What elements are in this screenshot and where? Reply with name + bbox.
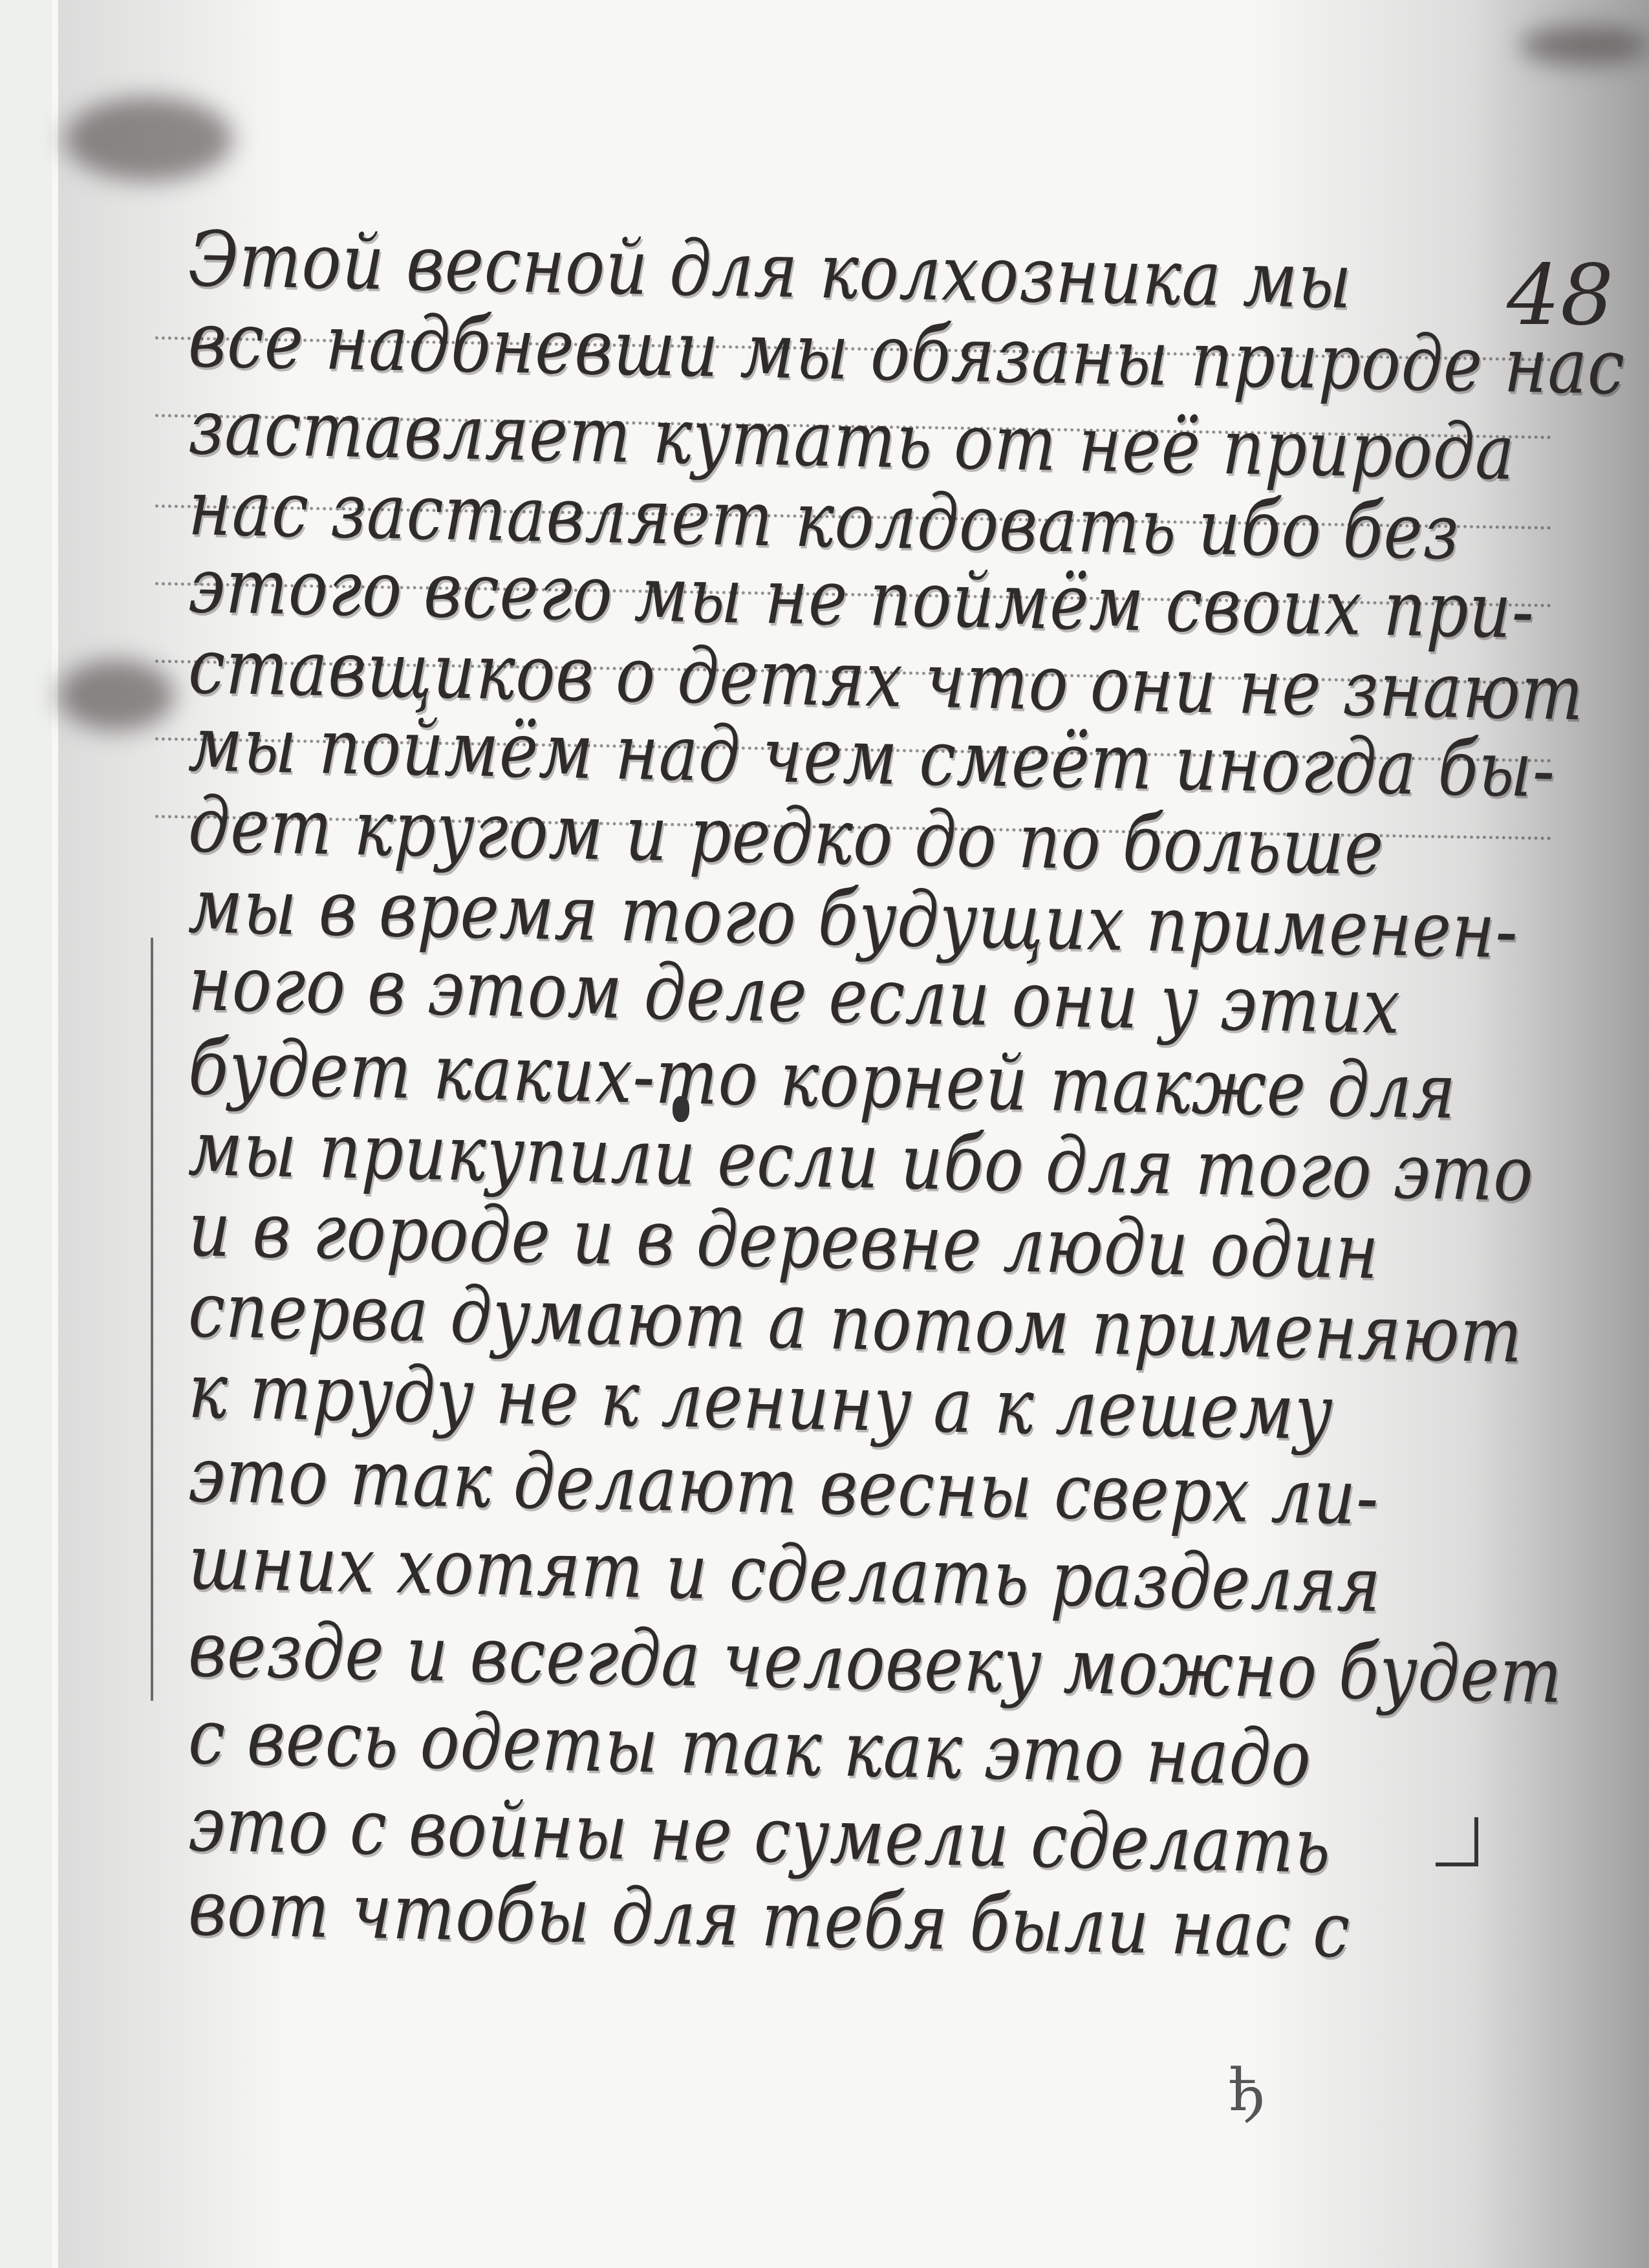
scan-smudge xyxy=(65,97,233,181)
scanned-page: 48 Этой весной для колхозника мы все над… xyxy=(0,0,1649,2268)
bottom-mark: ђ xyxy=(1229,2057,1265,2124)
closing-bracket-mark xyxy=(1436,1817,1478,1866)
scan-smudge xyxy=(58,660,175,731)
scanner-edge xyxy=(0,0,52,2268)
ink-blot xyxy=(673,1096,689,1122)
scan-smudge xyxy=(1520,26,1649,65)
margin-rule xyxy=(151,938,153,1701)
